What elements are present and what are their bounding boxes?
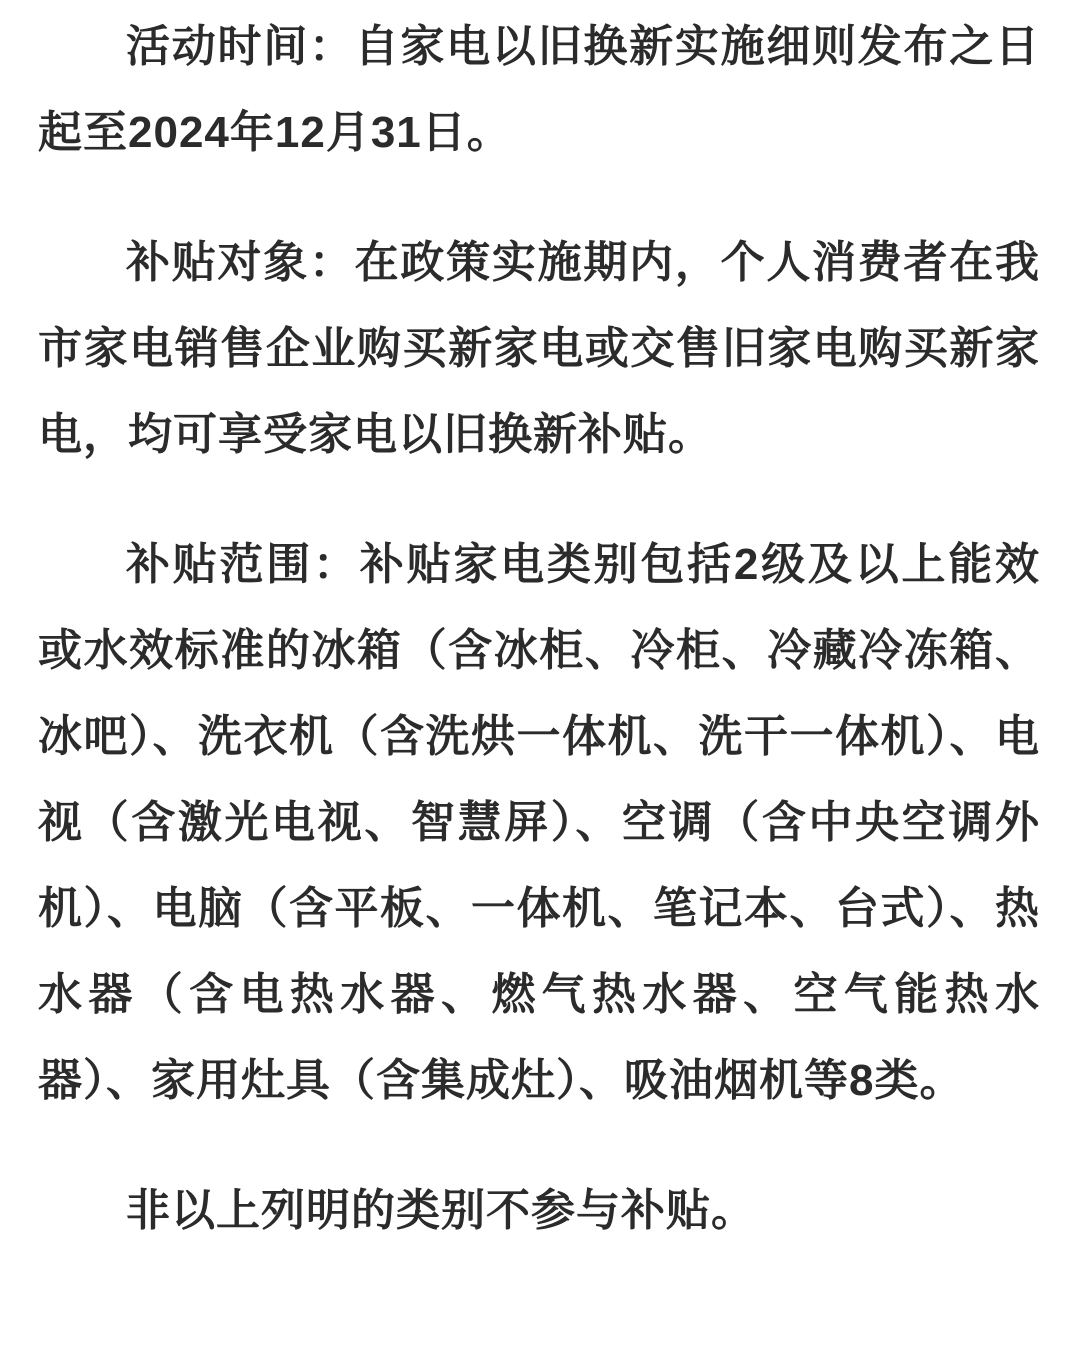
paragraph-subsidy-scope: 补贴范围：补贴家电类别包括2级及以上能效或水效标准的冰箱（含冰柜、冷柜、冷藏冷冻… <box>38 522 1040 1124</box>
paragraph-activity-time: 活动时间：自家电以旧换新实施细则发布之日起至2024年12月31日。 <box>38 4 1040 176</box>
article-body: 活动时间：自家电以旧换新实施细则发布之日起至2024年12月31日。 补贴对象：… <box>0 0 1080 1254</box>
paragraph-exclusion-note: 非以上列明的类别不参与补贴。 <box>38 1168 1040 1254</box>
paragraph-subsidy-target: 补贴对象：在政策实施期内，个人消费者在我市家电销售企业购买新家电或交售旧家电购买… <box>38 220 1040 478</box>
